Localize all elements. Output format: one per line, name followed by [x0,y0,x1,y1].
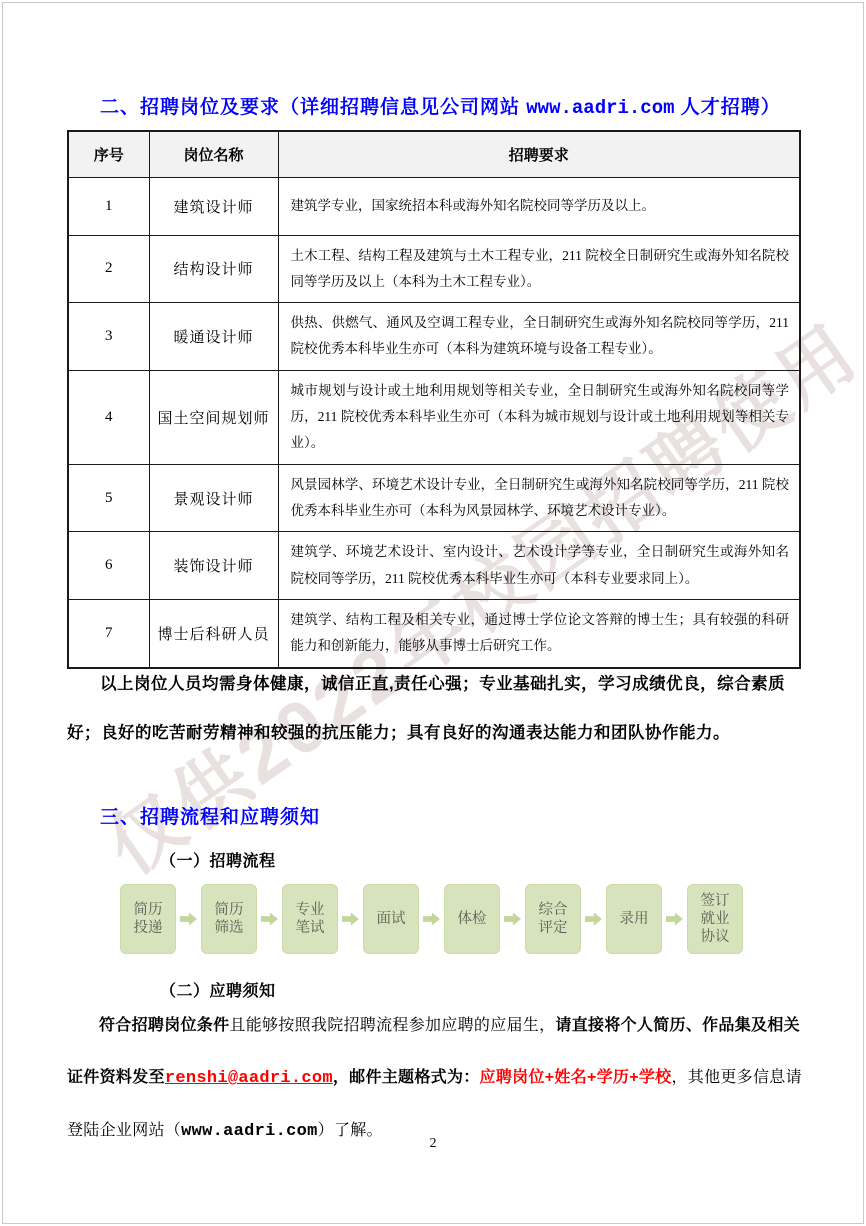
process-flowchart: 简历 投递 简历 筛选 专业 笔试 面试 体检 综合 评定 录用 签订 就业 协… [120,884,760,954]
notice-text: 且能够按照我院招聘流程参加应聘的应届生， [229,1017,555,1034]
header-requirements: 招聘要求 [278,131,800,177]
section2-heading: 二、招聘岗位及要求（详细招聘信息见公司网站 www.aadri.com 人才招聘… [100,92,781,119]
notice-emphasis: 符合招聘岗位条件 [99,1017,229,1034]
section2-heading-tail: 人才招聘） [675,97,781,118]
notice-emphasis: ，邮件主题格式为： [333,1069,480,1086]
notice-paragraph: 符合招聘岗位条件且能够按照我院招聘流程参加应聘的应届生，请直接将个人简历、作品集… [67,1000,809,1158]
row-no: 4 [68,370,149,464]
header-no: 序号 [68,131,149,177]
flow-step-interview: 面试 [363,884,419,954]
fitness-paragraph: 以上岗位人员均需身体健康，诚信正直,责任心强；专业基础扎实，学习成绩优良，综合素… [67,660,807,758]
flow-step-resume-submission: 简历 投递 [120,884,176,954]
row-no: 3 [68,303,149,371]
table-row: 1 建筑设计师 建筑学专业，国家统招本科或海外知名院校同等学历及以上。 [68,177,800,235]
requirement-cell: 供热、供燃气、通风及空调工程专业，全日制研究生或海外知名院校同等学历，211 院… [278,303,800,371]
position-name-cell: 国土空间规划师 [149,370,278,464]
section3-heading: 三、招聘流程和应聘须知 [100,802,320,829]
requirement-cell: 风景园林学、环境艺术设计专业，全日制研究生或海外知名院校同等学历，211 院校优… [278,464,800,532]
arrow-right-icon [261,913,278,926]
row-no: 1 [68,177,149,235]
email-subject-format: 应聘岗位+姓名+学历+学校 [480,1069,672,1086]
positions-table: 序号 岗位名称 招聘要求 1 建筑设计师 建筑学专业，国家统招本科或海外知名院校… [67,130,801,669]
arrow-right-icon [342,913,359,926]
requirement-cell: 建筑学、环境艺术设计、室内设计、艺术设计学等专业，全日制研究生或海外知名院校同等… [278,532,800,600]
section2-heading-text: 二、招聘岗位及要求（详细招聘信息见公司网站 [100,97,526,118]
row-no: 7 [68,599,149,667]
arrow-right-icon [180,913,197,926]
flow-step-sign-agreement: 签订 就业 协议 [687,884,743,954]
table-row: 5 景观设计师 风景园林学、环境艺术设计专业，全日制研究生或海外知名院校同等学历… [68,464,800,532]
flow-step-hiring: 录用 [606,884,662,954]
row-no: 6 [68,532,149,600]
document-page: 二、招聘岗位及要求（详细招聘信息见公司网站 www.aadri.com 人才招聘… [0,0,866,1226]
requirement-cell: 建筑学、结构工程及相关专业，通过博士学位论文答辩的博士生；具有较强的科研能力和创… [278,599,800,667]
table-row: 3 暖通设计师 供热、供燃气、通风及空调工程专业，全日制研究生或海外知名院校同等… [68,303,800,371]
email-link[interactable]: renshi@aadri.com [165,1069,333,1088]
page-number: 2 [0,1136,866,1152]
position-name-cell: 建筑设计师 [149,177,278,235]
flow-step-comprehensive-evaluation: 综合 评定 [525,884,581,954]
position-name-cell: 博士后科研人员 [149,599,278,667]
position-name-cell: 装饰设计师 [149,532,278,600]
flow-step-written-test: 专业 笔试 [282,884,338,954]
requirement-cell: 土木工程、结构工程及建筑与土木工程专业，211 院校全日制研究生或海外知名院校同… [278,235,800,303]
header-position-name: 岗位名称 [149,131,278,177]
requirement-cell: 建筑学专业，国家统招本科或海外知名院校同等学历及以上。 [278,177,800,235]
position-name-cell: 景观设计师 [149,464,278,532]
arrow-right-icon [423,913,440,926]
flow-step-physical-exam: 体检 [444,884,500,954]
table-header-row: 序号 岗位名称 招聘要求 [68,131,800,177]
recruitment-process-subheading: （一）招聘流程 [160,848,276,871]
requirement-cell: 城市规划与设计或土地利用规划等相关专业，全日制研究生或海外知名院校同等学历，21… [278,370,800,464]
row-no: 2 [68,235,149,303]
table-row: 7 博士后科研人员 建筑学、结构工程及相关专业，通过博士学位论文答辩的博士生；具… [68,599,800,667]
company-website-url: www.aadri.com [526,97,674,119]
position-name-cell: 暖通设计师 [149,303,278,371]
table-row: 2 结构设计师 土木工程、结构工程及建筑与土木工程专业，211 院校全日制研究生… [68,235,800,303]
application-notice-subheading: （二）应聘须知 [160,978,276,1001]
table-row: 4 国土空间规划师 城市规划与设计或土地利用规划等相关专业，全日制研究生或海外知… [68,370,800,464]
arrow-right-icon [585,913,602,926]
table-row: 6 装饰设计师 建筑学、环境艺术设计、室内设计、艺术设计学等专业，全日制研究生或… [68,532,800,600]
arrow-right-icon [666,913,683,926]
arrow-right-icon [504,913,521,926]
flow-step-resume-screening: 简历 筛选 [201,884,257,954]
row-no: 5 [68,464,149,532]
position-name-cell: 结构设计师 [149,235,278,303]
